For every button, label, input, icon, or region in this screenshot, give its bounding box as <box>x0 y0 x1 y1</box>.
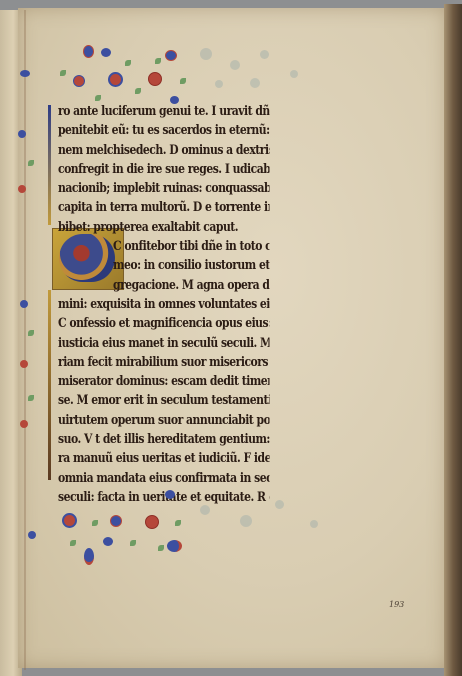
flower-icon <box>20 360 28 368</box>
text-line: C onfitebor tibi dñe in toto corde <box>58 238 270 257</box>
flower-icon <box>18 185 26 193</box>
text-line: se. M emor erit in seculum testamenti su… <box>58 392 270 411</box>
text-line: gregacione. M agna opera do <box>58 277 270 296</box>
flower-icon <box>167 540 182 552</box>
text-line: riam fecit mirabilium suor misericors et <box>58 354 270 373</box>
offset-flower <box>215 80 223 88</box>
text-line: mini: exquisita in omnes voluntates eius… <box>58 296 270 315</box>
page-fold <box>24 10 26 670</box>
text-line: suo. V t det illis hereditatem gentium: … <box>58 431 270 450</box>
leaf-icon <box>60 70 66 76</box>
text-line: seculi: facta in ueritate et equitate. R… <box>58 489 270 508</box>
flower-icon <box>20 300 28 308</box>
leaf-icon <box>28 330 34 336</box>
leaf-icon <box>130 540 136 546</box>
flower-icon <box>108 72 123 87</box>
text-line: ra manuũ eius ueritas et iudiciũ. F idel… <box>58 450 270 469</box>
leaf-icon <box>125 60 131 66</box>
leaf-icon <box>135 88 141 94</box>
offset-flower <box>310 520 318 528</box>
text-line: uirtutem operum suor annunciabit populo <box>58 412 270 431</box>
manuscript-photo: ro ante luciferum genui te. I uravit dñs… <box>0 0 462 676</box>
offset-flower <box>260 50 269 59</box>
text-line: ro ante luciferum genui te. I uravit dñs… <box>58 103 270 122</box>
offset-flower <box>200 48 212 60</box>
leaf-icon <box>28 395 34 401</box>
flower-icon <box>84 548 94 565</box>
flower-icon <box>110 515 122 527</box>
border-bar <box>48 105 51 225</box>
leaf-icon <box>92 520 98 526</box>
border-bar <box>48 290 51 480</box>
flower-icon <box>103 537 113 546</box>
text-line: bibet: propterea exaltabit caput. <box>58 219 270 238</box>
flower-icon <box>83 45 94 58</box>
flower-icon <box>73 75 85 87</box>
flower-icon <box>165 490 175 499</box>
text-line: nacionib; implebit ruinas: conquassabit <box>58 180 270 199</box>
text-line: iusticia eius manet in seculũ seculi. M … <box>58 335 270 354</box>
binding-edge <box>444 4 462 676</box>
leaf-icon <box>70 540 76 546</box>
leaf-icon <box>28 160 34 166</box>
text-line: miserator dominus: escam dedit timentib; <box>58 373 270 392</box>
flower-icon <box>145 515 159 529</box>
text-line: capita in terra multorũ. D e torrente in… <box>58 199 270 218</box>
flower-icon <box>101 48 111 57</box>
flower-icon <box>148 72 162 86</box>
leaf-icon <box>155 58 161 64</box>
flower-icon <box>20 420 28 428</box>
leaf-icon <box>180 78 186 84</box>
offset-flower <box>240 515 252 527</box>
text-line: omnia mandata eius confirmata in seculũ <box>58 470 270 489</box>
text-line: confregit in die ire sue reges. I udicab… <box>58 161 270 180</box>
text-line: meo: in consilio iustorum et con <box>58 257 270 276</box>
offset-flower <box>290 70 298 78</box>
leaf-icon <box>95 95 101 101</box>
flower-icon <box>28 531 36 539</box>
text-line: nem melchisedech. D ominus a dextris tui… <box>58 142 270 161</box>
offset-flower <box>230 60 240 70</box>
text-line: penitebit eũ: tu es sacerdos in eternũ: … <box>58 122 270 141</box>
text-line: C onfessio et magnificencia opus eius: e… <box>58 315 270 334</box>
flower-icon <box>165 50 177 61</box>
folio-number: 193 <box>389 600 404 609</box>
text-block: ro ante luciferum genui te. I uravit dñs… <box>58 103 304 508</box>
flower-icon <box>20 70 30 77</box>
flower-icon <box>18 130 26 138</box>
leaf-icon <box>175 520 181 526</box>
leaf-icon <box>158 545 164 551</box>
offset-flower <box>250 78 260 88</box>
flower-icon <box>62 513 77 528</box>
